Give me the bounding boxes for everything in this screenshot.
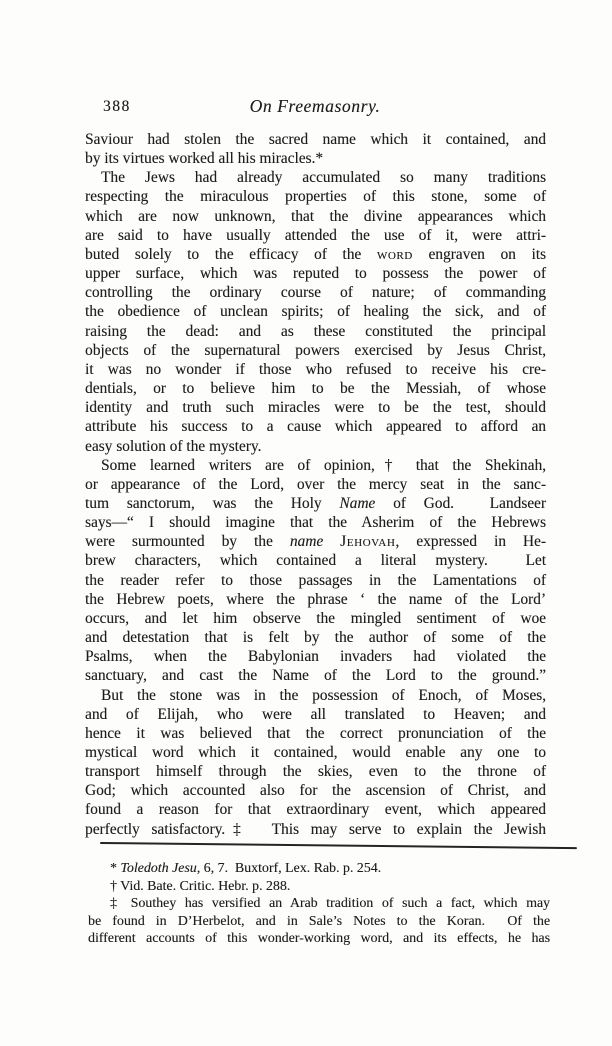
text-line: transport himself through the skies, eve… (85, 762, 546, 781)
text-line: and detestation that is felt by the auth… (85, 628, 546, 647)
scanned-book-page: 388 On Freemasonry. Saviour had stolen t… (0, 0, 612, 1046)
text-line: Psalms, when the Babylonian invaders had… (85, 647, 546, 666)
footnote-line: ‡ Southey has versified an Arab traditio… (88, 895, 550, 913)
text-line: dentials, or to believe him to be the Me… (85, 379, 546, 398)
footnotes: * Toledoth Jesu, 6, 7. Buxtorf, Lex. Rab… (88, 860, 550, 948)
text-line: occurs, and let him observe the mingled … (85, 609, 546, 628)
text-line: respecting the miraculous properties of … (85, 187, 546, 206)
text-line: But the stone was in the possession of E… (85, 686, 546, 705)
text-line: raising the dead: and as these constitut… (85, 322, 546, 341)
text-line: upper surface, which was reputed to poss… (85, 264, 546, 283)
text-line: found a reason for that extraordinary ev… (85, 800, 546, 819)
text-line: and of Elijah, who were all translated t… (85, 705, 546, 724)
running-title: On Freemasonry. (80, 96, 550, 117)
text-line: Some learned writers are of opinion,† th… (85, 456, 546, 475)
text-line: hence it was believed that the correct p… (85, 724, 546, 743)
footnote-line: be found in D’Herbelot, and in Sale’s No… (88, 913, 550, 931)
text-line: sanctuary, and cast the Name of the Lord… (85, 666, 546, 685)
text-line: mystical word which it contained, would … (85, 743, 546, 762)
text-line: attribute his success to a cause which a… (85, 417, 546, 436)
footnote-separator (100, 842, 577, 849)
text-line: buted solely to the efficacy of the word… (85, 245, 546, 264)
text-line: the obedience of unclean spirits; of hea… (85, 302, 546, 321)
text-line: The Jews had already accumulated so many… (85, 168, 546, 187)
text-line: it was no wonder if those who refused to… (85, 360, 546, 379)
text-line: the reader refer to those passages in th… (85, 571, 546, 590)
text-line: perfectly satisfactory.‡ This may serve … (85, 820, 546, 839)
text-line: are said to have usually attended the us… (85, 226, 546, 245)
body-text: Saviour had stolen the sacred name which… (85, 130, 546, 839)
text-line: controlling the ordinary course of natur… (85, 283, 546, 302)
text-line: which are now unknown, that the divine a… (85, 207, 546, 226)
text-line: brew characters, which contained a liter… (85, 551, 546, 570)
footnote-line: different accounts of this wonder-workin… (88, 930, 550, 948)
text-line: identity and truth such miracles were to… (85, 398, 546, 417)
text-line: objects of the supernatural powers exerc… (85, 341, 546, 360)
text-line: or appearance of the Lord, over the merc… (85, 475, 546, 494)
paragraph: Saviour had stolen the sacred name which… (85, 130, 546, 168)
paragraph: The Jews had already accumulated so many… (85, 168, 546, 455)
text-line: by its virtues worked all his miracles.* (85, 149, 546, 168)
text-line: tum sanctorum, was the Holy Name of God.… (85, 494, 546, 513)
paragraph: Some learned writers are of opinion,† th… (85, 456, 546, 686)
text-line: easy solution of the mystery. (85, 437, 546, 456)
text-line: God; which accounted also for the ascens… (85, 781, 546, 800)
text-line: the Hebrew poets, where the phrase ‘ the… (85, 590, 546, 609)
text-line: says—“ I should imagine that the Asherim… (85, 513, 546, 532)
text-line: Saviour had stolen the sacred name which… (85, 130, 546, 149)
paragraph: But the stone was in the possession of E… (85, 686, 546, 839)
text-line: were surmounted by the name Jehovah, exp… (85, 532, 546, 551)
footnote-line: † Vid. Bate. Critic. Hebr. p. 288. (88, 878, 550, 896)
footnote-line: * Toledoth Jesu, 6, 7. Buxtorf, Lex. Rab… (88, 860, 550, 878)
